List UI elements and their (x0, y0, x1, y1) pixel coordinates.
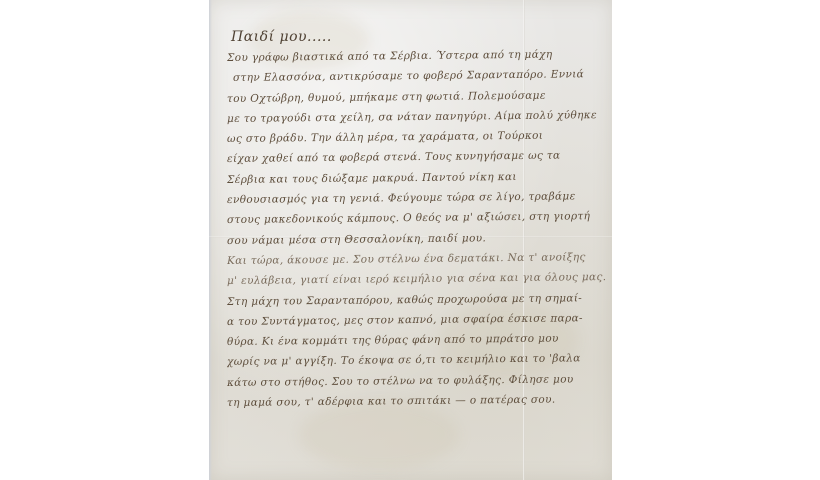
letter-paper: Παιδί μου..... Σου γράφω βιαστικά από τα… (209, 0, 612, 480)
letter-line: τη μαμά σου, τ' αδέρφια και το σπιτάκι —… (227, 389, 605, 413)
image-stage: Παιδί μου..... Σου γράφω βιαστικά από τα… (0, 0, 820, 480)
handwritten-letter: Παιδί μου..... Σου γράφω βιαστικά από τα… (227, 28, 605, 413)
paper-edge (209, 0, 212, 480)
letter-salutation: Παιδί μου..... (231, 28, 605, 46)
